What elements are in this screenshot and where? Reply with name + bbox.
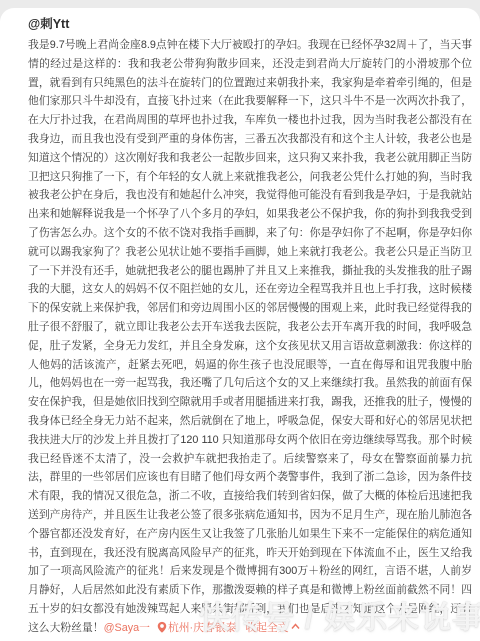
collapse-link[interactable]: 收起全文 (245, 622, 299, 634)
mention-link[interactable]: @Saya一 (104, 622, 150, 634)
collapse-label: 收起全文 (245, 622, 288, 634)
location-link[interactable]: 杭州·庆春银泰 (157, 622, 236, 634)
post-text: 我是9.7号晚上君尚金座8.9点钟在楼下大厅被殴打的孕妇。我现在已经怀孕32周＋… (28, 39, 472, 634)
post-card: @刺Ytt 我是9.7号晚上君尚金座8.9点钟在楼下大厅被殴打的孕妇。我现在已经… (0, 8, 480, 641)
author-handle[interactable]: @刺Ytt (28, 15, 472, 33)
location-label: 杭州·庆春银泰 (168, 622, 236, 634)
location-pin-icon (157, 621, 167, 633)
post-body: 我是9.7号晚上君尚金座8.9点钟在楼下大厅被殴打的孕妇。我现在已经怀孕32周＋… (28, 36, 472, 638)
chevron-up-icon (291, 623, 300, 630)
